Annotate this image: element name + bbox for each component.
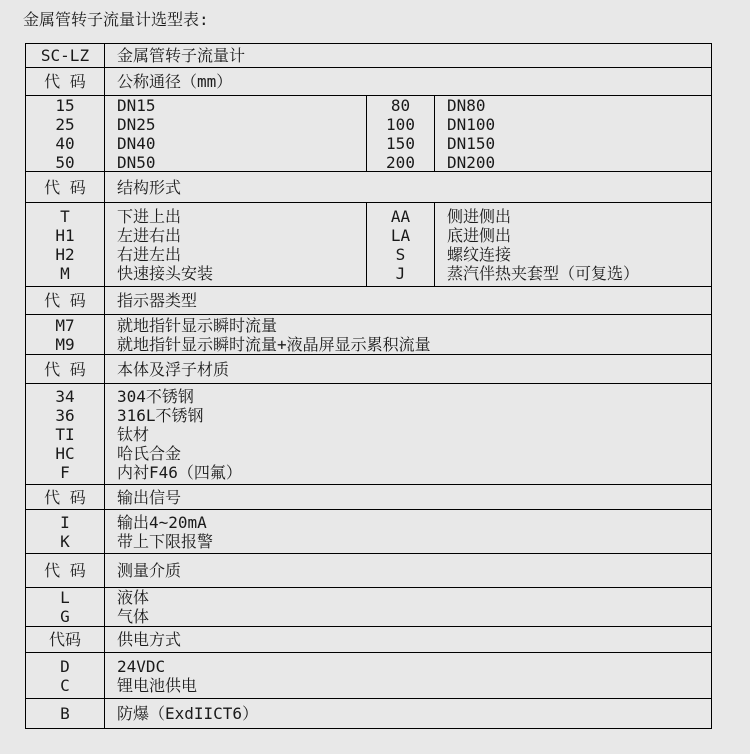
- table-row-header-power: 代码 供电方式: [26, 627, 711, 653]
- desc-list-cell: 就地指针显示瞬时流量 就地指针显示瞬时流量+液晶屏显示累积流量: [105, 315, 711, 354]
- desc-list-cell: 24VDC 锂电池供电: [105, 653, 711, 698]
- table-row-explosion-proof: B 防爆（ExdIICT6）: [26, 699, 711, 728]
- section-title-cell: 供电方式: [105, 627, 711, 652]
- code-header-cell: 代 码: [26, 554, 105, 587]
- section-title-cell: 输出信号: [105, 485, 711, 509]
- table-row-header-structure: 代 码 结构形式: [26, 172, 711, 203]
- table-row-indicator-options: M7 M9 就地指针显示瞬时流量 就地指针显示瞬时流量+液晶屏显示累积流量: [26, 315, 711, 355]
- code-list-cell: 80 100 150 200: [367, 96, 435, 171]
- table-row-header-indicator: 代 码 指示器类型: [26, 287, 711, 315]
- code-header-cell: 代 码: [26, 172, 105, 202]
- desc-list-cell: DN15 DN25 DN40 DN50: [105, 96, 367, 171]
- table-row-header-medium: 代 码 测量介质: [26, 554, 711, 588]
- code-list-cell: I K: [26, 510, 105, 553]
- page-title: 金属管转子流量计选型表:: [23, 10, 209, 30]
- desc-list-cell: 输出4~20mA 带上下限报警: [105, 510, 711, 553]
- section-title-cell: 结构形式: [105, 172, 711, 202]
- desc-list-cell: 防爆（ExdIICT6）: [105, 699, 711, 728]
- code-list-cell: B: [26, 699, 105, 728]
- section-title-cell: 本体及浮子材质: [105, 355, 711, 383]
- table-row-structure-options: T H1 H2 M 下进上出 左进右出 右进左出 快速接头安装 AA LA S …: [26, 203, 711, 287]
- table-row-diameter-options: 15 25 40 50 DN15 DN25 DN40 DN50 80 100 1…: [26, 96, 711, 172]
- table-row-output-options: I K 输出4~20mA 带上下限报警: [26, 510, 711, 554]
- desc-list-cell: 下进上出 左进右出 右进左出 快速接头安装: [105, 203, 367, 286]
- code-header-cell: 代 码: [26, 355, 105, 383]
- code-list-cell: 34 36 TI HC F: [26, 384, 105, 484]
- desc-list-cell: 304不锈钢 316L不锈钢 钛材 哈氏合金 内衬F46（四氟）: [105, 384, 711, 484]
- code-header-cell: 代 码: [26, 68, 105, 95]
- model-code-cell: SC-LZ: [26, 44, 105, 67]
- section-title-cell: 测量介质: [105, 554, 711, 587]
- model-name-cell: 金属管转子流量计: [105, 44, 711, 67]
- code-header-cell: 代 码: [26, 287, 105, 314]
- desc-list-cell: DN80 DN100 DN150 DN200: [435, 96, 711, 171]
- section-title-cell: 公称通径（mm）: [105, 68, 711, 95]
- desc-list-cell: 侧进侧出 底进侧出 螺纹连接 蒸汽伴热夹套型（可复选）: [435, 203, 711, 286]
- table-row-model: SC-LZ 金属管转子流量计: [26, 44, 711, 68]
- table-row-header-output: 代 码 输出信号: [26, 485, 711, 510]
- desc-list-cell: 液体 气体: [105, 588, 711, 626]
- code-header-cell: 代 码: [26, 485, 105, 509]
- code-header-cell: 代码: [26, 627, 105, 652]
- code-list-cell: T H1 H2 M: [26, 203, 105, 286]
- table-row-material-options: 34 36 TI HC F 304不锈钢 316L不锈钢 钛材 哈氏合金 内衬F…: [26, 384, 711, 485]
- code-list-cell: AA LA S J: [367, 203, 435, 286]
- code-list-cell: L G: [26, 588, 105, 626]
- code-list-cell: M7 M9: [26, 315, 105, 354]
- code-list-cell: 15 25 40 50: [26, 96, 105, 171]
- code-list-cell: D C: [26, 653, 105, 698]
- table-row-header-material: 代 码 本体及浮子材质: [26, 355, 711, 384]
- table-row-header-diameter: 代 码 公称通径（mm）: [26, 68, 711, 96]
- table-row-power-options: D C 24VDC 锂电池供电: [26, 653, 711, 699]
- table-row-medium-options: L G 液体 气体: [26, 588, 711, 627]
- selection-table: SC-LZ 金属管转子流量计 代 码 公称通径（mm） 15 25 40 50 …: [25, 43, 712, 729]
- section-title-cell: 指示器类型: [105, 287, 711, 314]
